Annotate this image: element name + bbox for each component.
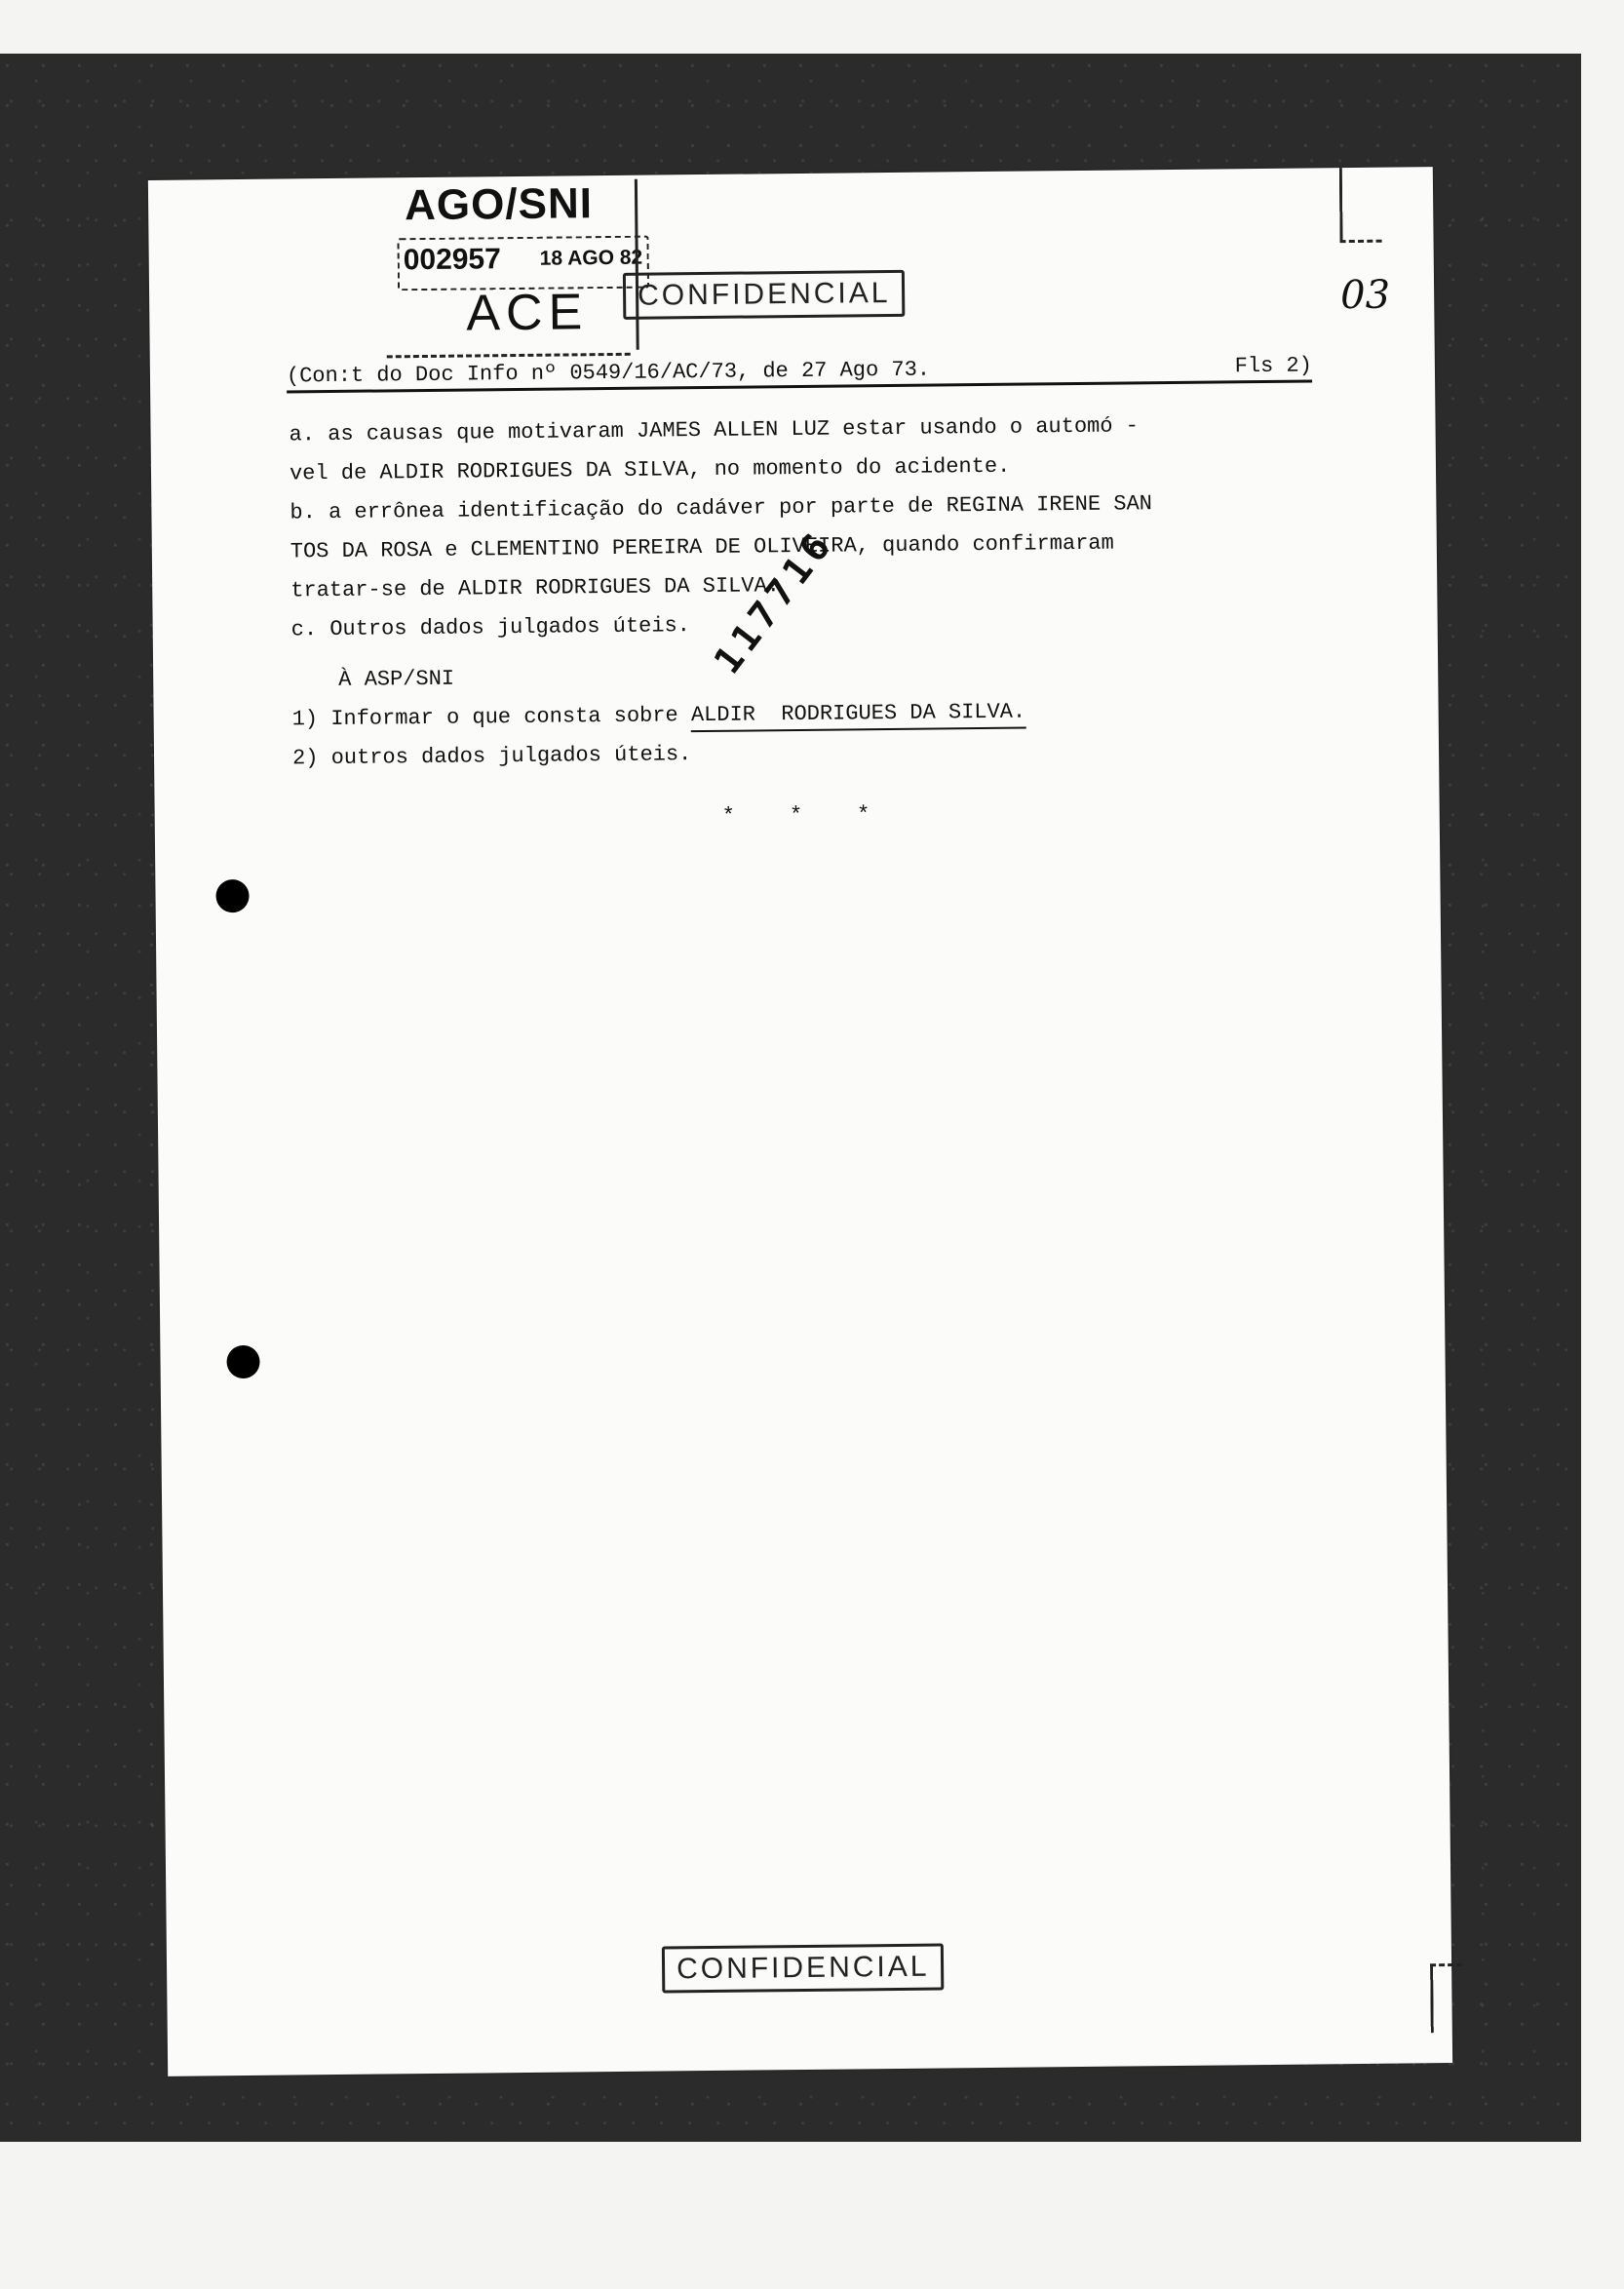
document-body: a. as causas que motivaram JAMES ALLEN L…: [289, 406, 1307, 841]
classification-stamp-bottom: CONFIDENCIAL: [662, 1944, 945, 1994]
request-1-text: 1) Informar o que consta sobre: [292, 703, 692, 731]
document-page: AGO/SNI 002957 18 AGO 82 ACE CONFIDENCIA…: [148, 167, 1452, 2076]
registry-date: 18 AGO 82: [540, 247, 643, 271]
document-reference: (Con:t do Doc Info nº 0549/16/AC/73, de …: [287, 358, 930, 389]
registry-number: 002957: [404, 243, 501, 277]
handwritten-page-number: 03: [1340, 273, 1390, 319]
corner-crop-mark-bottom: [1430, 1963, 1463, 2033]
punch-hole-bottom: [226, 1345, 259, 1378]
page-label: Fls 2): [1235, 353, 1312, 378]
corner-crop-mark-top: [1339, 168, 1382, 243]
request-1-name: ALDIR RODRIGUES DA SILVA.: [691, 700, 1026, 733]
document-header: (Con:t do Doc Info nº 0549/16/AC/73, de …: [287, 353, 1312, 393]
stamp-baseline: [387, 353, 631, 359]
punch-hole-top: [215, 879, 249, 912]
registry-agency: AGO/SNI: [405, 179, 593, 230]
classification-stamp-top: CONFIDENCIAL: [623, 270, 906, 320]
end-mark: ***: [293, 792, 1307, 841]
registry-code: ACE: [466, 283, 589, 342]
